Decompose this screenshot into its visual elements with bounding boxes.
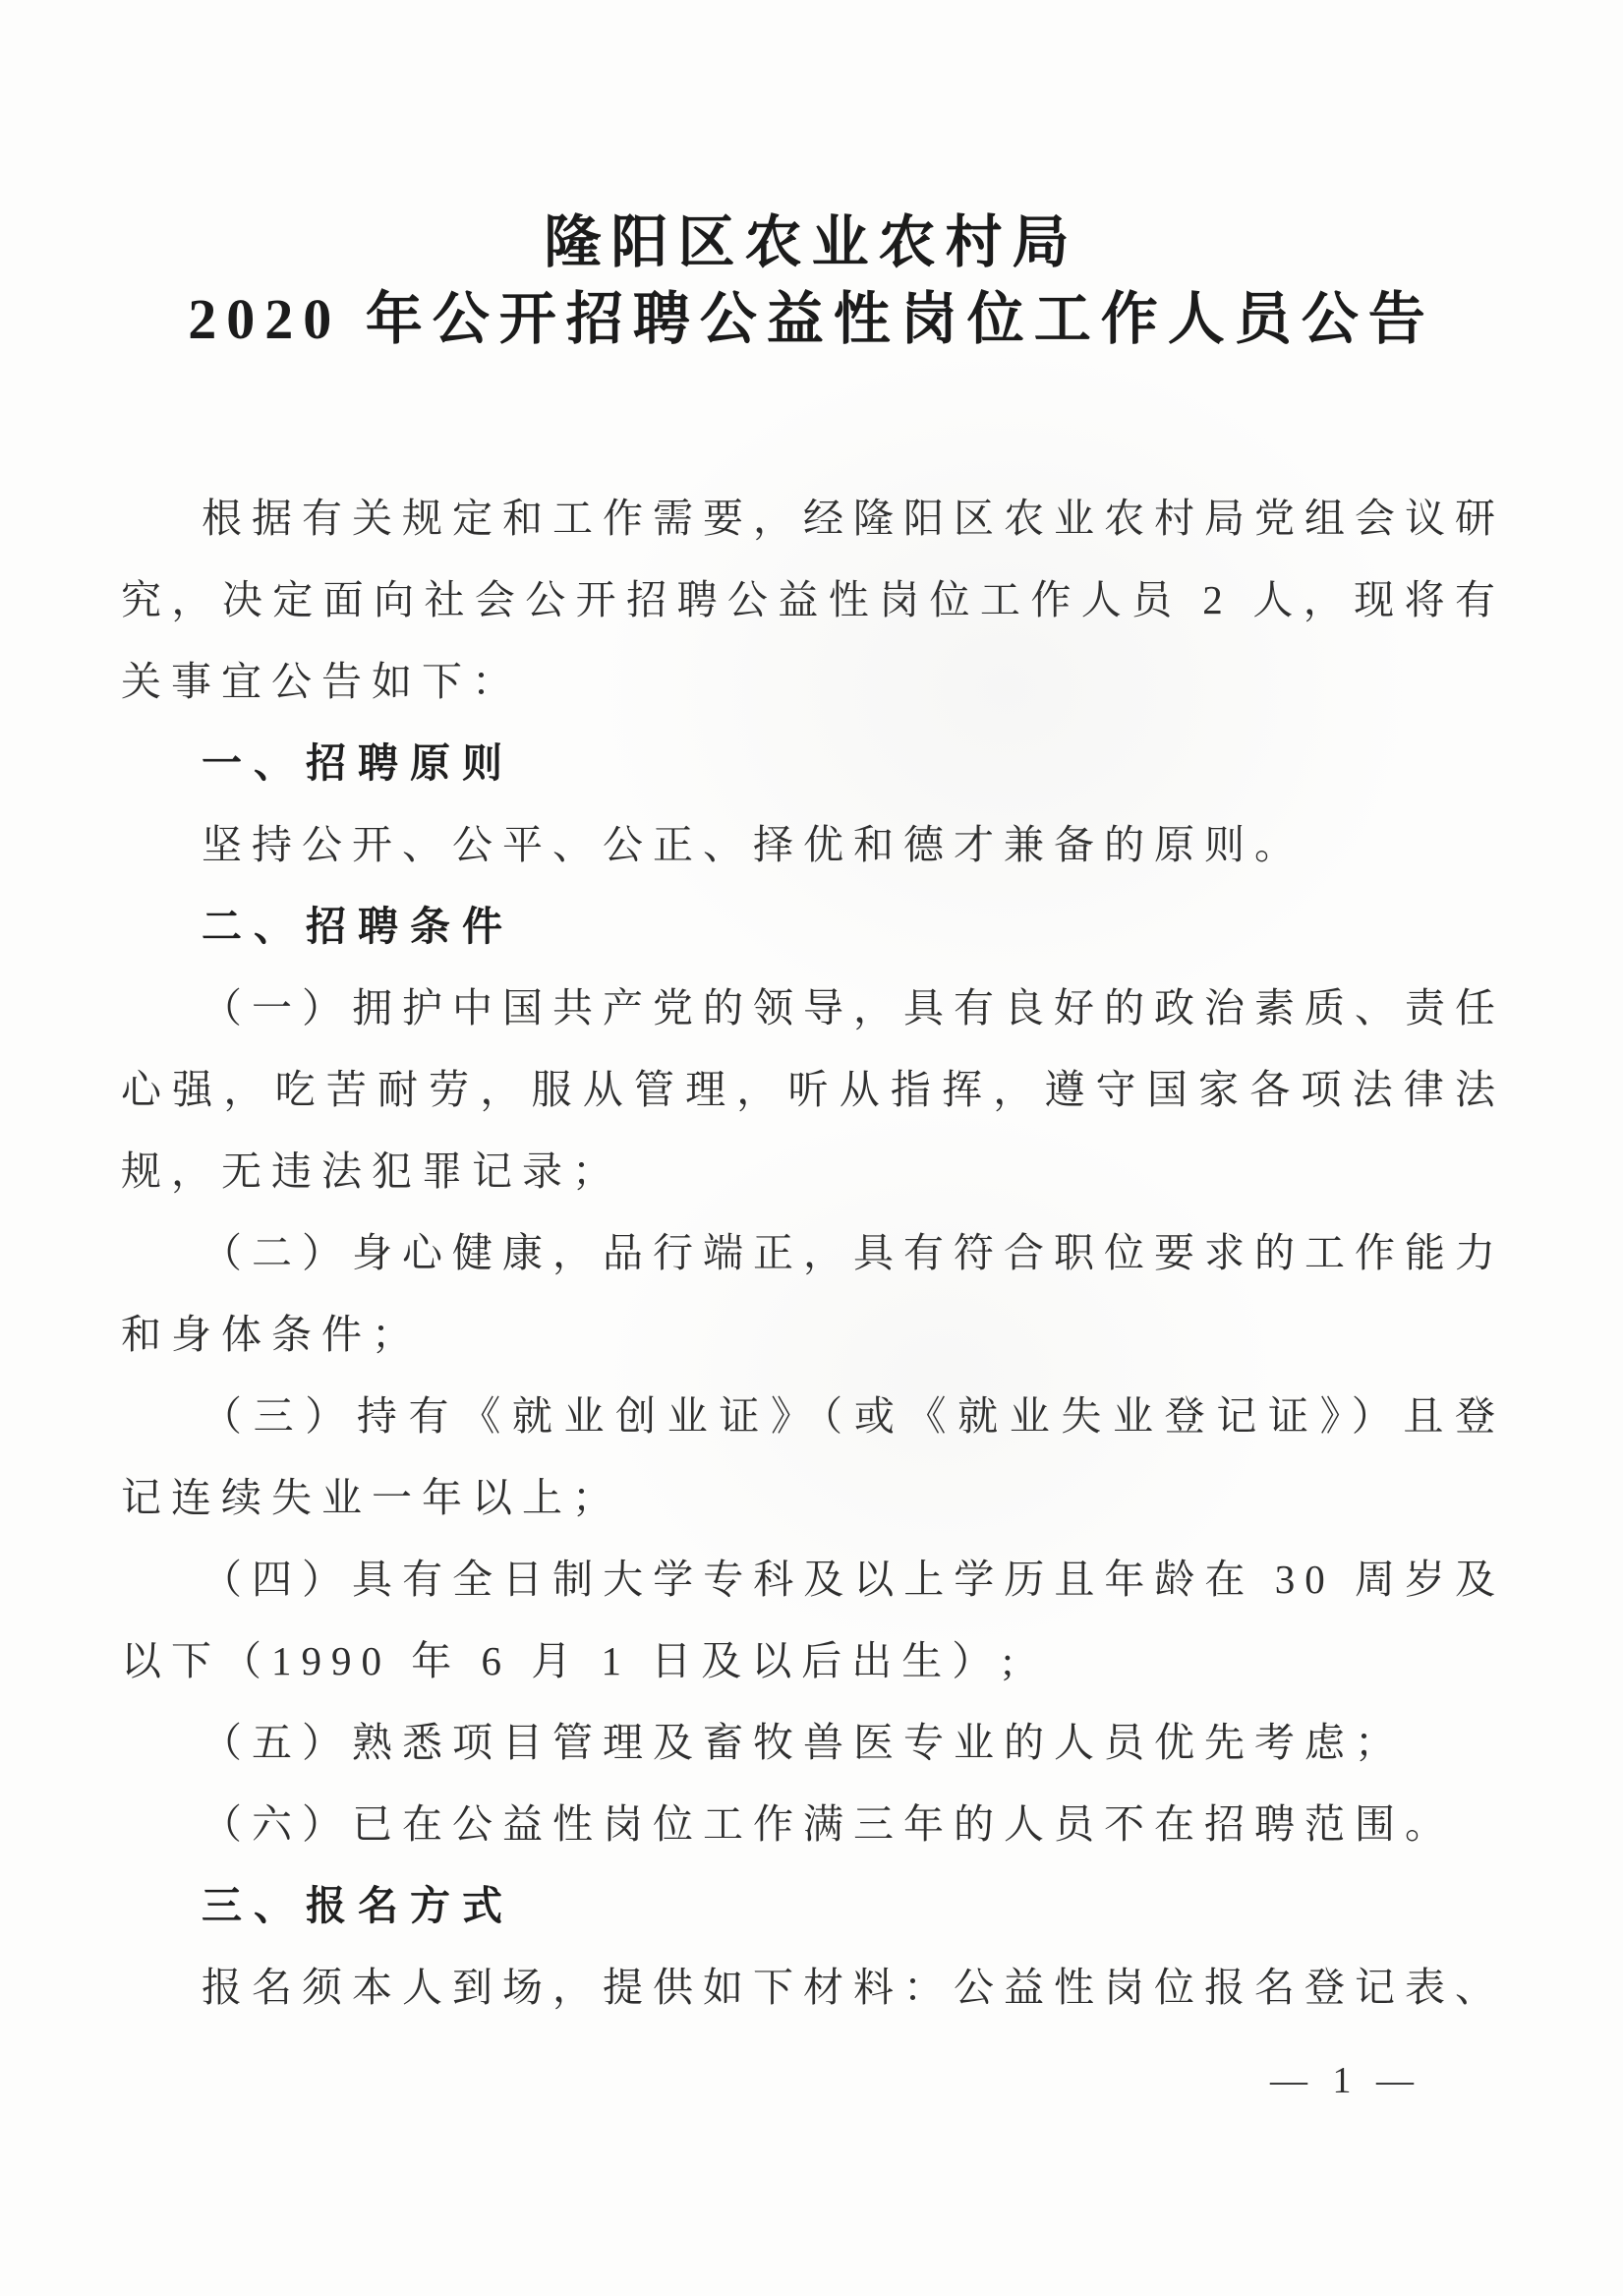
section-heading-1: 一、招聘原则	[121, 723, 1505, 804]
paragraph-intro: 根据有关规定和工作需要，经隆阳区农业农村局党组会议研究，决定面向社会公开招聘公益…	[121, 478, 1505, 723]
title-line-2: 2020 年公开招聘公益性岗位工作人员公告	[0, 281, 1623, 358]
document-body: 根据有关规定和工作需要，经隆阳区农业农村局党组会议研究，决定面向社会公开招聘公益…	[121, 478, 1505, 2029]
title-line-1: 隆阳区农业农村局	[0, 205, 1623, 281]
paragraph-condition-2: （二）身心健康，品行端正，具有符合职位要求的工作能力和身体条件；	[121, 1212, 1505, 1376]
paragraph-condition-5: （五）熟悉项目管理及畜牧兽医专业的人员优先考虑；	[121, 1702, 1505, 1784]
section-heading-2: 二、招聘条件	[121, 886, 1505, 968]
page-number: — 1 —	[1270, 2059, 1421, 2102]
document-title: 隆阳区农业农村局 2020 年公开招聘公益性岗位工作人员公告	[0, 0, 1623, 358]
paragraph-condition-1: （一）拥护中国共产党的领导，具有良好的政治素质、责任心强，吃苦耐劳，服从管理，听…	[121, 968, 1505, 1212]
document-page: 隆阳区农业农村局 2020 年公开招聘公益性岗位工作人员公告 根据有关规定和工作…	[0, 0, 1623, 2296]
paragraph-condition-4: （四）具有全日制大学专科及以上学历且年龄在 30 周岁及以下（1990 年 6 …	[121, 1539, 1505, 1702]
section-heading-3: 三、报名方式	[121, 1865, 1505, 1947]
paragraph-condition-3: （三）持有《就业创业证》（或《就业失业登记证》）且登记连续失业一年以上；	[121, 1376, 1505, 1539]
paragraph-condition-6: （六）已在公益性岗位工作满三年的人员不在招聘范围。	[121, 1784, 1505, 1865]
paragraph-registration: 报名须本人到场，提供如下材料：公益性岗位报名登记表、	[121, 1947, 1505, 2029]
paragraph-principle: 坚持公开、公平、公正、择优和德才兼备的原则。	[121, 804, 1505, 886]
